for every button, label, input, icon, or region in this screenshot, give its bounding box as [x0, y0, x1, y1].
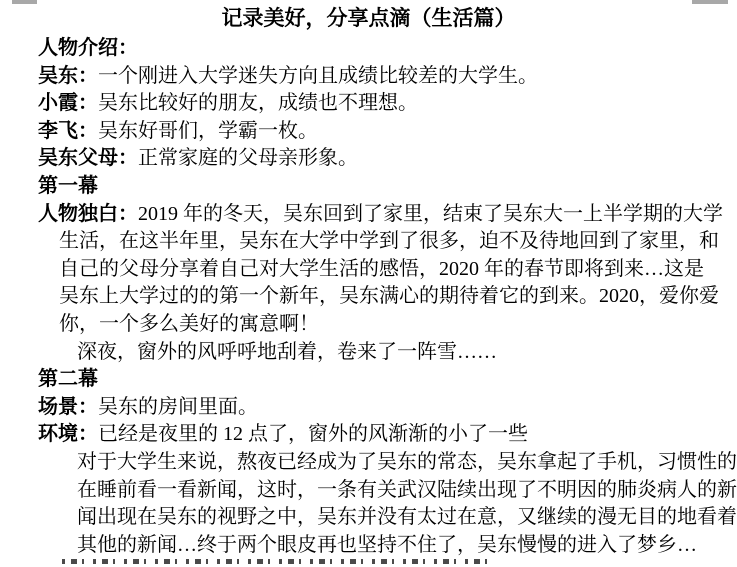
clipped-text-line	[62, 559, 496, 564]
text-line: 李飞：吴东好哥们，学霸一枚。	[38, 118, 737, 146]
page-edge-marker-right	[692, 0, 728, 4]
text-line: 吴东：一个刚进入大学迷失方向且成绩比较差的大学生。	[38, 63, 737, 91]
text-line: 深夜，窗外的风呼呼地刮着，卷来了一阵雪……	[38, 339, 737, 367]
text-line: 场景：吴东的房间里面。	[38, 394, 737, 422]
text-line: 小霞：吴东比较好的朋友，成绩也不理想。	[38, 90, 737, 118]
text-line: 对于大学生来说，熬夜已经成为了吴东的常态，吴东拿起了手机，习惯性的	[38, 449, 737, 477]
section-heading-characters: 人物介绍：	[38, 35, 737, 63]
document-body: 人物介绍： 吴东：一个刚进入大学迷失方向且成绩比较差的大学生。 小霞：吴东比较好…	[38, 35, 737, 559]
text-line: 环境：已经是夜里的 12 点了，窗外的风渐渐的小了一些	[38, 421, 737, 449]
text-line: 自己的父母分享着自己对大学生活的感悟，2020 年的春节即将到来…这是	[38, 256, 737, 284]
section-heading-act-2: 第二幕	[38, 366, 737, 394]
text-line: 人物独白：2019 年的冬天，吴东回到了家里，结束了吴东大一上半学期的大学	[38, 201, 737, 229]
text-line: 在睡前看一看新闻，这时，一条有关武汉陆续出现了不明因的肺炎病人的新	[38, 477, 737, 505]
text-line: 闻出现在吴东的视野之中，吴东并没有太过在意，又继续的漫无目的地看着	[38, 504, 737, 532]
page-edge-marker-left	[12, 0, 37, 4]
text-line: 生活，在这半年里，吴东在大学中学到了很多，迫不及待地回到了家里，和	[38, 228, 737, 256]
text-line: 其他的新闻…终于两个眼皮再也坚持不住了，吴东慢慢的进入了梦乡…	[38, 532, 737, 560]
document-title: 记录美好，分享点滴（生活篇）	[0, 5, 737, 31]
section-heading-act-1: 第一幕	[38, 173, 737, 201]
document-page: 记录美好，分享点滴（生活篇） 人物介绍： 吴东：一个刚进入大学迷失方向且成绩比较…	[0, 0, 737, 567]
text-line: 吴东父母：正常家庭的父母亲形象。	[38, 145, 737, 173]
text-line: 你，一个多么美好的寓意啊！	[38, 311, 737, 339]
text-line: 吴东上大学过的的第一个新年，吴东满心的期待着它的到来。2020，爱你爱	[38, 283, 737, 311]
